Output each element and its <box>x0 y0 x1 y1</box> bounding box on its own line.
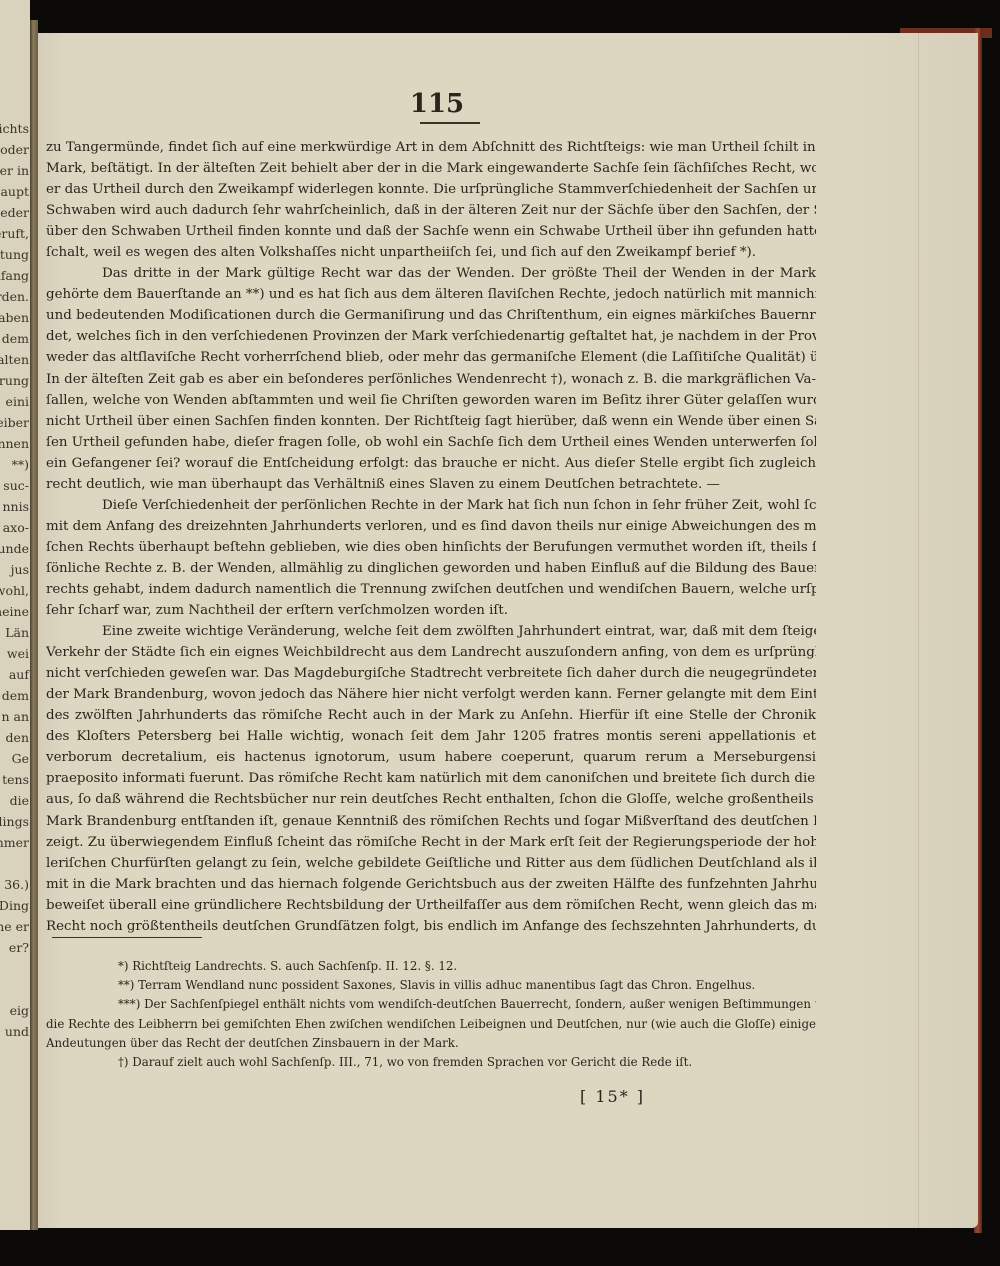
footnote-line: **) Terram Wendland nunc possident Saxon… <box>46 976 816 995</box>
text-line: Mark, beſtätigt. In der älteſten Zeit be… <box>46 158 816 179</box>
text-line: über den Schwaben Urtheil finden konnte … <box>46 221 816 242</box>
text-line: ſallen, welche von Wenden abſtammten und… <box>46 390 816 411</box>
facing-page-line: und <box>0 1021 29 1042</box>
footnote: †) Darauf zielt auch wohl Sachſenſp. III… <box>46 1053 816 1072</box>
facing-page-line: 36.) <box>0 874 29 895</box>
text-line: praeposito informati fuerunt. Das römiſc… <box>46 768 816 789</box>
facing-page-text: ſichtsoderer inauptiedereruft,itungnfang… <box>0 118 29 1042</box>
text-line: recht deutlich, wie man überhaupt das Ve… <box>46 474 816 495</box>
facing-page-line: erden. <box>0 286 29 307</box>
page-fold-line <box>918 33 919 1228</box>
book-page: 115 zu Tangermünde, findet ſich auf eine… <box>38 33 978 1228</box>
facing-page-line: Ding <box>0 895 29 916</box>
facing-page-line: eini <box>0 391 29 412</box>
footnote-text: Der Sachſenſpiegel enthält nichts vom we… <box>144 997 816 1011</box>
facing-page-edge: ſichtsoderer inauptiedereruft,itungnfang… <box>0 0 30 1230</box>
text-line: rechts gehabt, indem dadurch namentlich … <box>46 579 816 600</box>
facing-page-line: Län <box>0 622 29 643</box>
text-line: zeigt. Zu überwiegendem Einfluß ſcheint … <box>46 832 816 853</box>
paragraph: Dieſe Verſchiedenheit der perſönlichen R… <box>46 495 816 621</box>
footnote-mark: ***) <box>118 997 144 1011</box>
text-line: ſen Urtheil gefunden habe, dieſer fragen… <box>46 432 816 453</box>
facing-page-line: Leiber <box>0 412 29 433</box>
text-line: gehörte dem Bauerſtande an **) und es ha… <box>46 284 816 305</box>
facing-page-line: **) <box>0 454 29 475</box>
text-line: der Mark Brandenburg, wovon jedoch das N… <box>46 684 816 705</box>
page-number: 115 <box>402 89 472 119</box>
facing-page-line: ieder <box>0 202 29 223</box>
text-line: ſönliche Rechte z. B. der Wenden, allmäh… <box>46 558 816 579</box>
facing-page-line: aben <box>0 307 29 328</box>
facing-page-line: tens <box>0 769 29 790</box>
text-line: mit in die Mark brachten und das hiernac… <box>46 874 816 895</box>
text-line: mit dem Anfang des dreizehnten Jahrhunde… <box>46 516 816 537</box>
facing-page-line: er in <box>0 160 29 181</box>
facing-page-line: dem <box>0 685 29 706</box>
facing-page-line: eig <box>0 1000 29 1021</box>
facing-page-line: ſichts <box>0 118 29 139</box>
text-line: Verkehr der Städte ſich ein eignes Weich… <box>46 642 816 663</box>
facing-page-line: oder <box>0 139 29 160</box>
footnote: *) Richtſteig Landrechts. S. auch Sachſe… <box>46 957 816 976</box>
facing-page-line: eruft, <box>0 223 29 244</box>
facing-page-line: jus <box>0 559 29 580</box>
footnote-line: die Rechte des Leibherrn bei gemiſchten … <box>46 1015 816 1034</box>
text-line: beweiſet überall eine gründlichere Recht… <box>46 895 816 916</box>
page-number-rule <box>420 122 480 124</box>
facing-page-line: unde <box>0 538 29 559</box>
facing-page-line: den <box>0 727 29 748</box>
footnote-mark: **) <box>118 978 138 992</box>
facing-page-line: n an <box>0 706 29 727</box>
footnote-line: ***) Der Sachſenſpiegel enthält nichts v… <box>46 995 816 1014</box>
text-line: und bedeutenden Modiſicationen durch die… <box>46 305 816 326</box>
facing-page-line: nfang <box>0 265 29 286</box>
facing-page-line: er? <box>0 937 29 958</box>
text-line: Dieſe Verſchiedenheit der perſönlichen R… <box>46 495 816 516</box>
facing-page-line: dings <box>0 811 29 832</box>
facing-page-line: nmer <box>0 832 29 853</box>
footnote-mark: *) <box>118 959 132 973</box>
text-line: er das Urtheil durch den Zweikampf wider… <box>46 179 816 200</box>
facing-page-line: die <box>0 790 29 811</box>
facing-page-line: alten <box>0 349 29 370</box>
footnote-line: †) Darauf zielt auch wohl Sachſenſp. III… <box>46 1053 816 1072</box>
footnote-text: Terram Wendland nunc possident Saxones, … <box>138 978 755 992</box>
facing-page-line: neine <box>0 601 29 622</box>
paragraph: Das dritte in der Mark gültige Recht war… <box>46 263 816 495</box>
facing-page-line: innen <box>0 433 29 454</box>
paragraph: Eine zweite wichtige Veränderung, welche… <box>46 621 816 937</box>
footnote-line: Andeutungen über das Recht der deutſchen… <box>46 1034 816 1053</box>
text-line: Recht noch größtentheils deutſchen Grund… <box>46 916 816 937</box>
body-text: zu Tangermünde, findet ſich auf eine mer… <box>46 137 816 937</box>
text-line: weder das altſlaviſche Recht vorherrſche… <box>46 347 816 368</box>
text-line: ein Gefangener ſei? worauf die Entſcheid… <box>46 453 816 474</box>
facing-page-line: auf <box>0 664 29 685</box>
facing-page-line: wohl, <box>0 580 29 601</box>
text-line: ſchen Rechts überhaupt beſtehn geblieben… <box>46 537 816 558</box>
paragraph: zu Tangermünde, findet ſich auf eine mer… <box>46 137 816 263</box>
footnote-text: Richtſteig Landrechts. S. auch Sachſenſp… <box>132 959 457 973</box>
text-line: ſchalt, weil es wegen des alten Volkshaſ… <box>46 242 816 263</box>
facing-page-line: suc- <box>0 475 29 496</box>
text-line: zu Tangermünde, findet ſich auf eine mer… <box>46 137 816 158</box>
footnote-divider <box>52 937 202 938</box>
facing-page-line: Ge <box>0 748 29 769</box>
text-line: In der älteſten Zeit gab es aber ein beſ… <box>46 369 816 390</box>
facing-page-line: he er <box>0 916 29 937</box>
footnote-mark: †) <box>118 1055 132 1069</box>
facing-page-line: rung <box>0 370 29 391</box>
facing-page-line: axo- <box>0 517 29 538</box>
facing-page-line <box>0 979 29 1000</box>
text-line: ſehr ſcharf war, zum Nachtheil der erſte… <box>46 600 816 621</box>
text-line: aus, ſo daß während die Rechtsbücher nur… <box>46 789 816 810</box>
facing-page-line: itung <box>0 244 29 265</box>
facing-page-line <box>0 853 29 874</box>
facing-page-line <box>0 958 29 979</box>
text-line: leriſchen Churfürſten gelangt zu ſein, w… <box>46 853 816 874</box>
facing-page-line: aupt <box>0 181 29 202</box>
facing-page-line: wei <box>0 643 29 664</box>
facing-page-line: dem <box>0 328 29 349</box>
book-gutter <box>30 20 38 1230</box>
text-line: Mark Brandenburg entſtanden iſt, genaue … <box>46 811 816 832</box>
text-line: verborum decretalium, eis hactenus ignot… <box>46 747 816 768</box>
footnote: ***) Der Sachſenſpiegel enthält nichts v… <box>46 995 816 1053</box>
text-line: Eine zweite wichtige Veränderung, welche… <box>46 621 816 642</box>
text-line: Das dritte in der Mark gültige Recht war… <box>46 263 816 284</box>
text-line: des zwölften Jahrhunderts das römiſche R… <box>46 705 816 726</box>
footnotes: *) Richtſteig Landrechts. S. auch Sachſe… <box>46 957 816 1072</box>
text-line: des Kloſters Petersberg bei Halle wichti… <box>46 726 816 747</box>
text-line: Schwaben wird auch dadurch ſehr wahrſche… <box>46 200 816 221</box>
text-line: nicht Urtheil über einen Sachſen finden … <box>46 411 816 432</box>
text-line: nicht verſchieden geweſen war. Das Magde… <box>46 663 816 684</box>
signature-mark: [ 15* ] <box>580 1087 645 1106</box>
footnote-line: *) Richtſteig Landrechts. S. auch Sachſe… <box>46 957 816 976</box>
footnote-text: Darauf zielt auch wohl Sachſenſp. III., … <box>132 1055 692 1069</box>
facing-page-line: nnis <box>0 496 29 517</box>
footnote: **) Terram Wendland nunc possident Saxon… <box>46 976 816 995</box>
text-line: det, welches ſich in den verſchiedenen P… <box>46 326 816 347</box>
